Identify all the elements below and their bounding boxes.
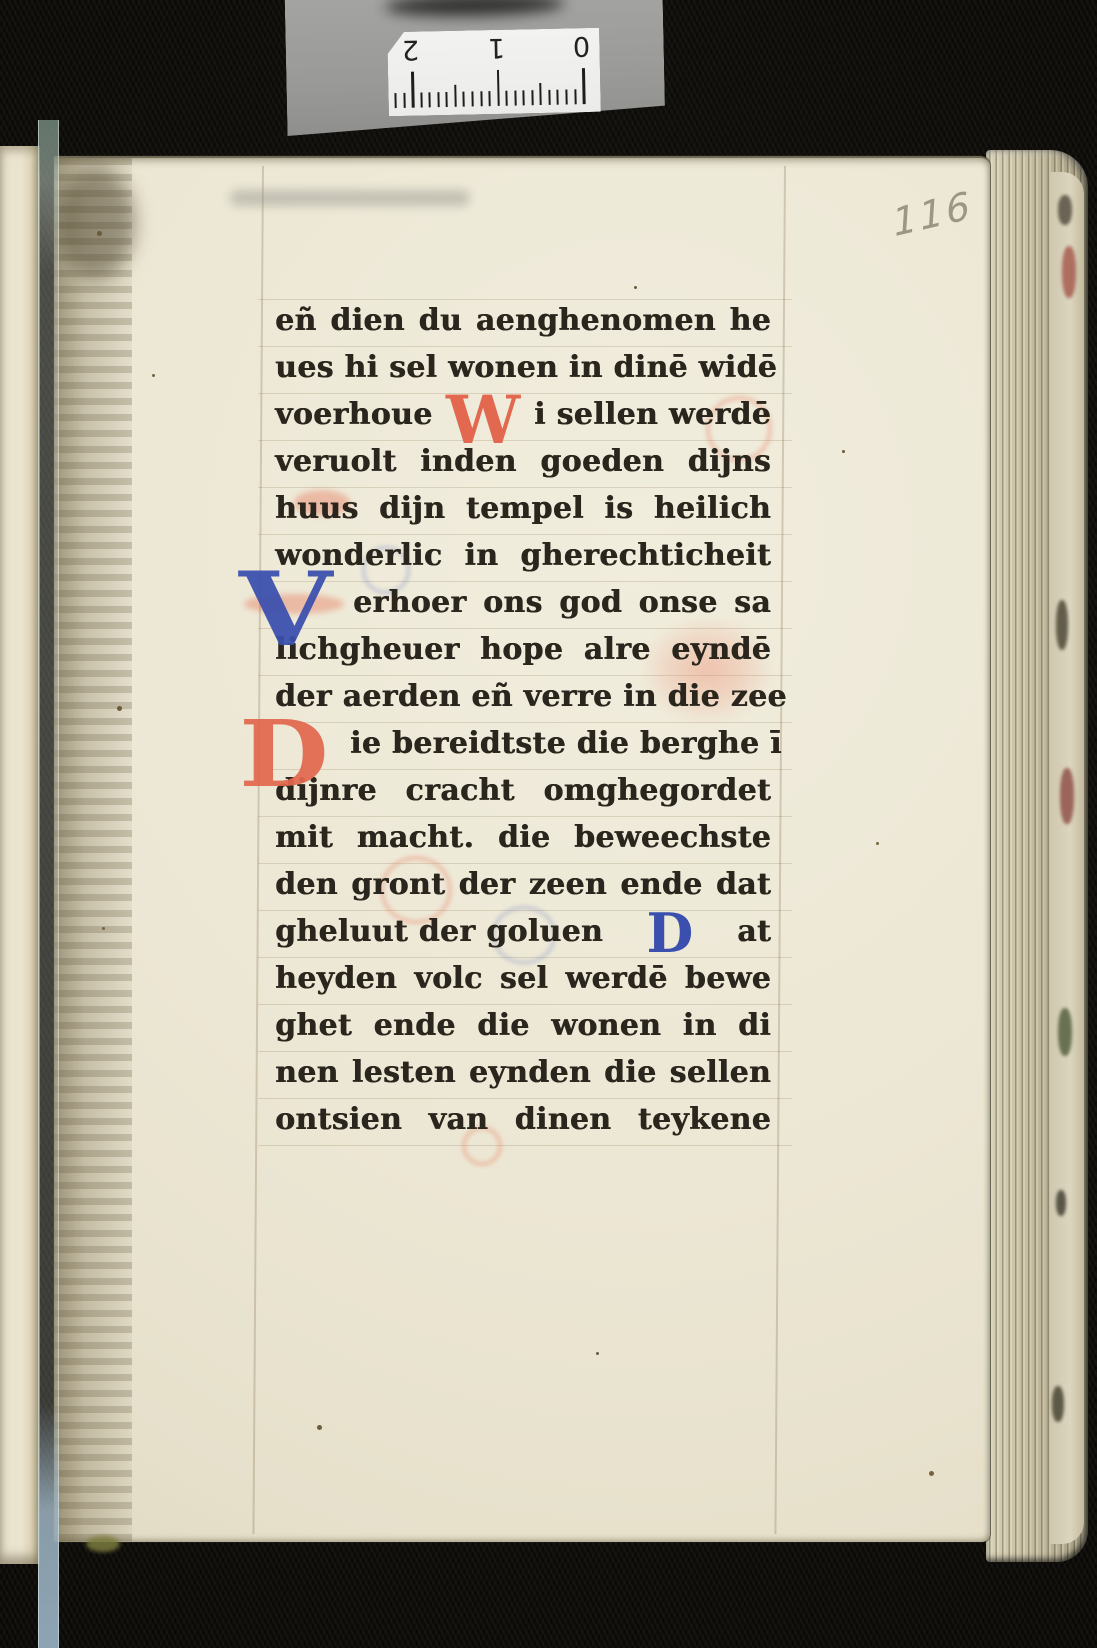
facing-page-edge <box>0 146 40 1564</box>
ruling-line-vertical-left <box>252 166 263 1534</box>
ruling-line <box>258 581 792 582</box>
line-text: at <box>737 914 771 950</box>
manuscript-line: huus dijn tempel is heilich <box>275 491 771 527</box>
photo-stage: 2 1 0 116 <box>0 0 1097 1648</box>
ruler-tick <box>514 91 516 106</box>
ruler-tick <box>420 93 422 108</box>
ruler-number-1: 1 <box>485 32 508 63</box>
ruling-line <box>258 1004 792 1005</box>
ruler-tick <box>497 70 500 106</box>
ruler-number-2: 2 <box>399 34 422 65</box>
manuscript-line: den gront der zeen ende dat <box>275 867 771 903</box>
manuscript-line: lichgheuer hope alre eyndē <box>275 632 771 668</box>
ruler-number-0: 0 <box>570 30 593 61</box>
foredge-bleed <box>1058 195 1072 225</box>
foredge-bleed <box>1056 1190 1066 1216</box>
manuscript-line: ghet ende die wonen in di <box>275 1008 771 1044</box>
manuscript-line: dijnre cracht omghegordet <box>275 773 771 809</box>
manuscript-line: heyden volc sel werdē bewe <box>275 961 771 997</box>
ruling-line <box>258 1098 792 1099</box>
ruler-tick <box>471 91 473 106</box>
fore-edge-pages <box>986 150 1088 1562</box>
ruler-scale: 2 1 0 <box>391 30 597 112</box>
line-text: voerhoue <box>275 397 432 433</box>
manuscript-line: nen lesten eynden die sellen <box>275 1055 771 1091</box>
ruler-tick <box>582 68 585 104</box>
next-page-sliver <box>1050 172 1084 1544</box>
line-text: i sellen werdē <box>534 397 771 433</box>
ruler-tick <box>454 85 456 107</box>
top-edge-smudge <box>230 190 470 206</box>
manuscript-line: ues hi sel wonen in dinē widē <box>275 350 771 386</box>
card-smudge <box>385 0 565 18</box>
manuscript-line: voerhoueWi sellen werdē <box>275 397 771 438</box>
manuscript-line: veruolt inden goeden dijns <box>275 444 771 480</box>
foredge-bleed <box>1060 768 1074 824</box>
margin-initial-D: D <box>239 721 328 787</box>
margin-initial-V: V <box>239 574 332 647</box>
foredge-bleed <box>1052 1386 1064 1422</box>
inline-initial: W <box>446 400 520 441</box>
manuscript-line: ie bereidtste die berghe ī <box>350 726 771 762</box>
ruler-tick <box>394 93 396 108</box>
ruling-line <box>258 534 792 535</box>
ruler-tick <box>429 92 431 107</box>
manuscript-line: erhoer ons god onse sa <box>353 585 771 621</box>
ruler-tick <box>403 93 405 108</box>
gutter-grime <box>56 168 136 278</box>
ruling-line <box>258 769 792 770</box>
ruling-line <box>258 816 792 817</box>
glass-strip <box>38 120 59 1648</box>
ruler-tick <box>531 90 533 105</box>
foredge-bleed <box>1058 1008 1072 1056</box>
manuscript-line: wonderlic in gherechticheit <box>275 538 771 574</box>
line-text: gheluut der goluen <box>275 914 603 950</box>
ruler-tick <box>540 83 542 105</box>
manuscript-line: ontsien van dinen teykene <box>275 1102 771 1138</box>
ruling-line <box>258 1051 792 1052</box>
manuscript-page: 116 V D eñ dien du aenghenomen heues hi … <box>54 156 990 1542</box>
manuscript-line: mit macht. die beweechste <box>275 820 771 856</box>
ruling-line <box>258 346 792 347</box>
ruling-line <box>258 1145 792 1146</box>
ruler-tick <box>488 91 490 106</box>
manuscript-line: der aerden eñ verre in die zee <box>275 679 771 715</box>
bottom-endband-blob <box>86 1536 120 1552</box>
ruler-tick <box>506 91 508 106</box>
gutter-shadow <box>54 158 132 1542</box>
ruler-tick <box>548 90 550 105</box>
manuscript-line: gheluut der goluenDat <box>275 914 771 950</box>
folio-number: 116 <box>890 183 975 245</box>
ruler-tick <box>411 72 414 108</box>
manuscript-line: eñ dien du aenghenomen he <box>275 303 771 339</box>
foredge-bleed <box>1056 600 1068 650</box>
ruler-tick <box>574 89 576 104</box>
ruling-line <box>258 487 792 488</box>
ruler-tick <box>557 90 559 105</box>
ruler-label: 2 1 0 <box>387 28 601 116</box>
ruler-ticks <box>392 66 597 108</box>
ruler-tick <box>523 90 525 105</box>
ruler-tick <box>565 89 567 104</box>
ruling-line <box>258 863 792 864</box>
ruler-tick <box>446 92 448 107</box>
ruling-line <box>258 299 792 300</box>
ruling-line <box>258 393 792 394</box>
inline-initial: D <box>646 917 693 950</box>
ruler-tick <box>480 91 482 106</box>
foredge-bleed <box>1062 246 1076 298</box>
ruler-tick <box>437 92 439 107</box>
ruler-tick <box>463 92 465 107</box>
